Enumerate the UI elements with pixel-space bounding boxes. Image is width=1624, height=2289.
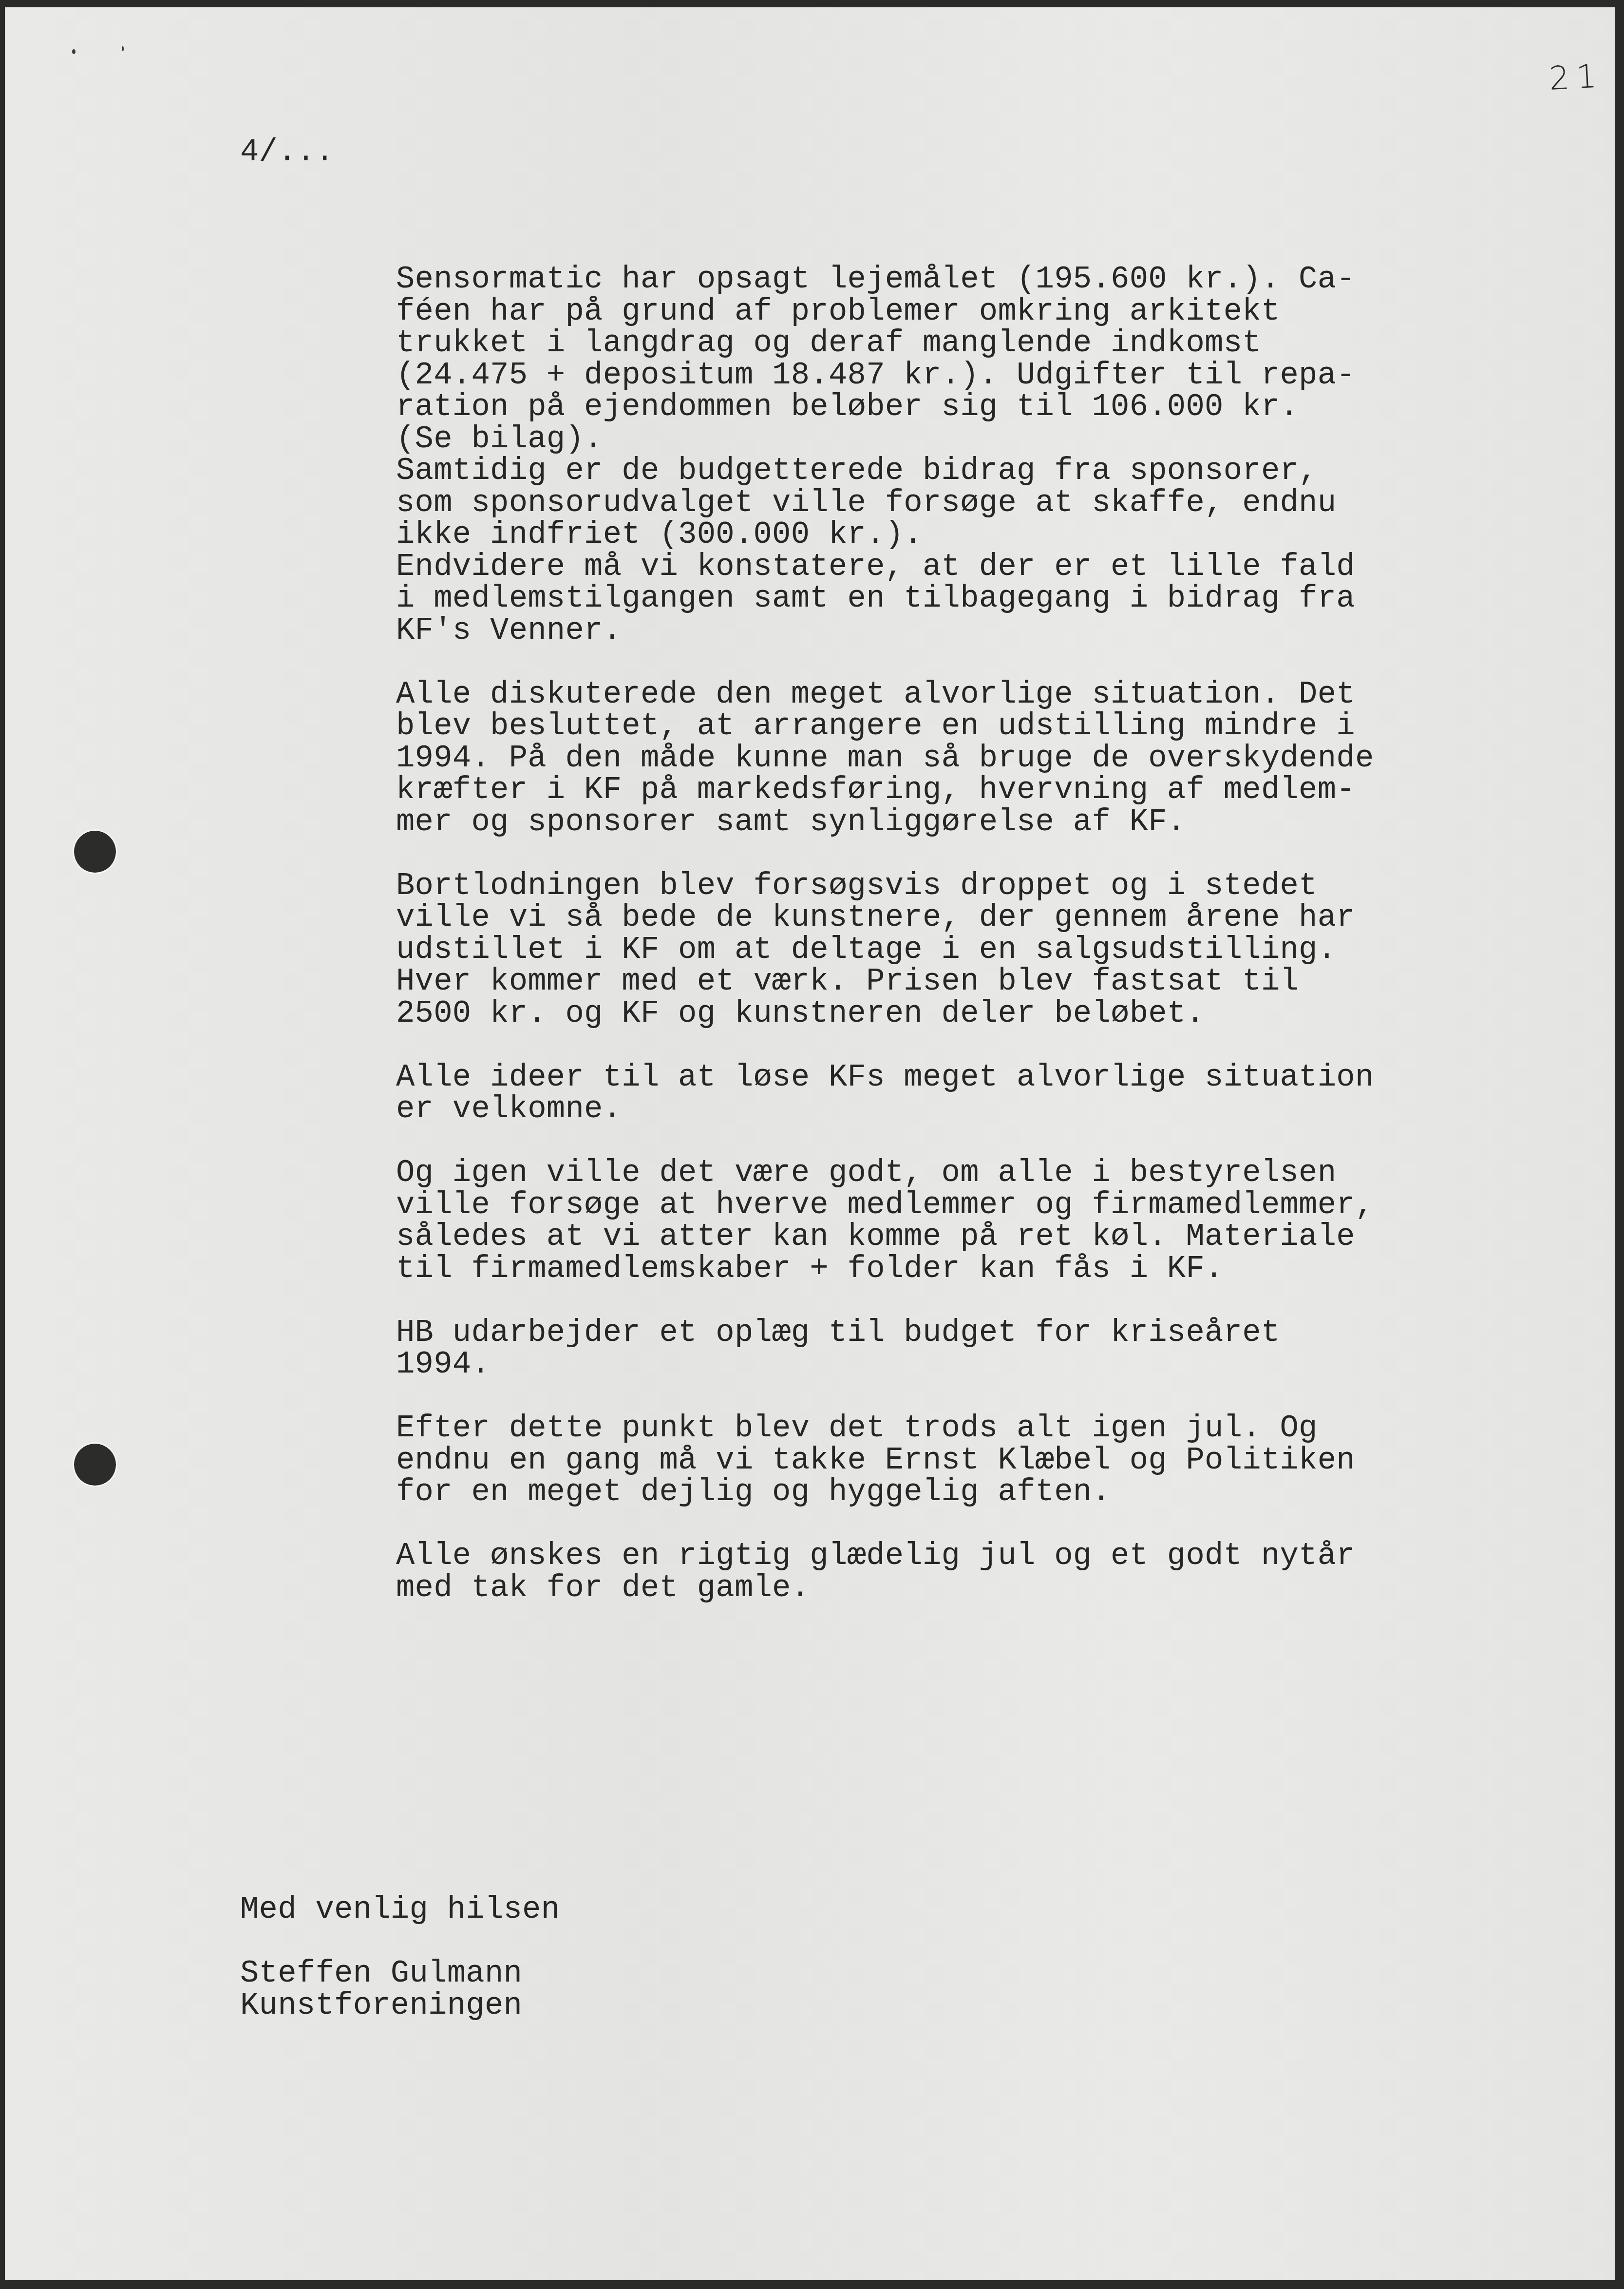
text-line: 2500 kr. og KF og kunstneren deler beløb…: [396, 998, 1374, 1030]
punch-hole: [74, 1444, 116, 1486]
text-line: Og igen ville det være godt, om alle i b…: [396, 1158, 1374, 1190]
text-line: Samtidig er de budgetterede bidrag fra s…: [396, 456, 1374, 488]
text-line: Endvidere må vi konstatere, at der er et…: [396, 552, 1374, 584]
body-paragraph: Alle ideer til at løse KFs meget alvorli…: [396, 1062, 1374, 1126]
text-line: endnu en gang må vi takke Ernst Klæbel o…: [396, 1445, 1374, 1477]
text-line: ville forsøge at hverve medlemmer og fir…: [396, 1190, 1374, 1222]
text-line: i medlemstilgangen samt en tilbagegang i…: [396, 583, 1374, 615]
text-line: er velkomne.: [396, 1094, 1374, 1126]
text-line: ration på ejendommen beløber sig til 106…: [396, 392, 1374, 424]
body-paragraph: Alle diskuterede den meget alvorlige sit…: [396, 679, 1374, 839]
text-line: Bortlodningen blev forsøgsvis droppet og…: [396, 871, 1374, 903]
text-line: således at vi atter kan komme på ret køl…: [396, 1221, 1374, 1254]
text-line: Hver kommer med et værk. Prisen blev fas…: [396, 966, 1374, 998]
closing-salutation: Med venlig hilsen: [240, 1894, 560, 1927]
body-paragraph: Sensormatic har opsagt lejemålet (195.60…: [396, 264, 1374, 647]
text-line: til firmamedlemskaber + folder kan fås i…: [396, 1254, 1374, 1286]
text-line: trukket i langdrag og deraf manglende in…: [396, 328, 1374, 360]
text-line: som sponsorudvalget ville forsøge at ska…: [396, 488, 1374, 520]
document-page: 21 4/... Sensormatic har opsagt lejemåle…: [5, 7, 1615, 2280]
paper-speck: [122, 46, 124, 51]
text-line: 1994. På den måde kunne man så bruge de …: [396, 743, 1374, 775]
paper-speck: [72, 49, 76, 54]
text-line: Alle diskuterede den meget alvorlige sit…: [396, 679, 1374, 711]
text-line: udstillet i KF om at deltage i en salgsu…: [396, 935, 1374, 967]
text-line: kræfter i KF på markedsføring, hvervning…: [396, 775, 1374, 807]
text-line: Sensormatic har opsagt lejemålet (195.60…: [396, 264, 1374, 296]
closing-organization: Kunstforeningen: [240, 1990, 560, 2022]
text-line: féen har på grund af problemer omkring a…: [396, 296, 1374, 328]
text-line: HB udarbejder et oplæg til budget for kr…: [396, 1317, 1374, 1350]
punch-hole: [74, 831, 116, 873]
continuation-marker: 4/...: [240, 137, 334, 169]
text-line: ikke indfriet (300.000 kr.).: [396, 519, 1374, 552]
text-line: ville vi så bede de kunstnere, der genne…: [396, 902, 1374, 935]
body-paragraph: Bortlodningen blev forsøgsvis droppet og…: [396, 871, 1374, 1030]
text-line: Alle ideer til at løse KFs meget alvorli…: [396, 1062, 1374, 1094]
signatory-name: Steffen Gulmann: [240, 1958, 522, 1990]
letter-body: Sensormatic har opsagt lejemålet (195.60…: [396, 264, 1374, 1637]
text-line: KF's Venner.: [396, 615, 1374, 648]
body-paragraph: Alle ønskes en rigtig glædelig jul og et…: [396, 1541, 1374, 1604]
text-line: Efter dette punkt blev det trods alt ige…: [396, 1413, 1374, 1445]
text-line: blev besluttet, at arrangere en udstilli…: [396, 711, 1374, 743]
text-line: (Se bilag).: [396, 424, 1374, 456]
text-line: (24.475 + depositum 18.487 kr.). Udgifte…: [396, 360, 1374, 392]
body-paragraph: HB udarbejder et oplæg til budget for kr…: [396, 1317, 1374, 1381]
body-paragraph: Efter dette punkt blev det trods alt ige…: [396, 1413, 1374, 1509]
text-line: 1994.: [396, 1349, 1374, 1381]
text-line: Alle ønskes en rigtig glædelig jul og et…: [396, 1541, 1374, 1573]
text-line: for en meget dejlig og hyggelig aften.: [396, 1477, 1374, 1509]
text-line: med tak for det gamle.: [396, 1573, 1374, 1605]
body-paragraph: Og igen ville det være godt, om alle i b…: [396, 1158, 1374, 1285]
text-line: mer og sponsorer samt synliggørelse af K…: [396, 807, 1374, 839]
handwritten-page-number: 21: [1548, 57, 1605, 97]
